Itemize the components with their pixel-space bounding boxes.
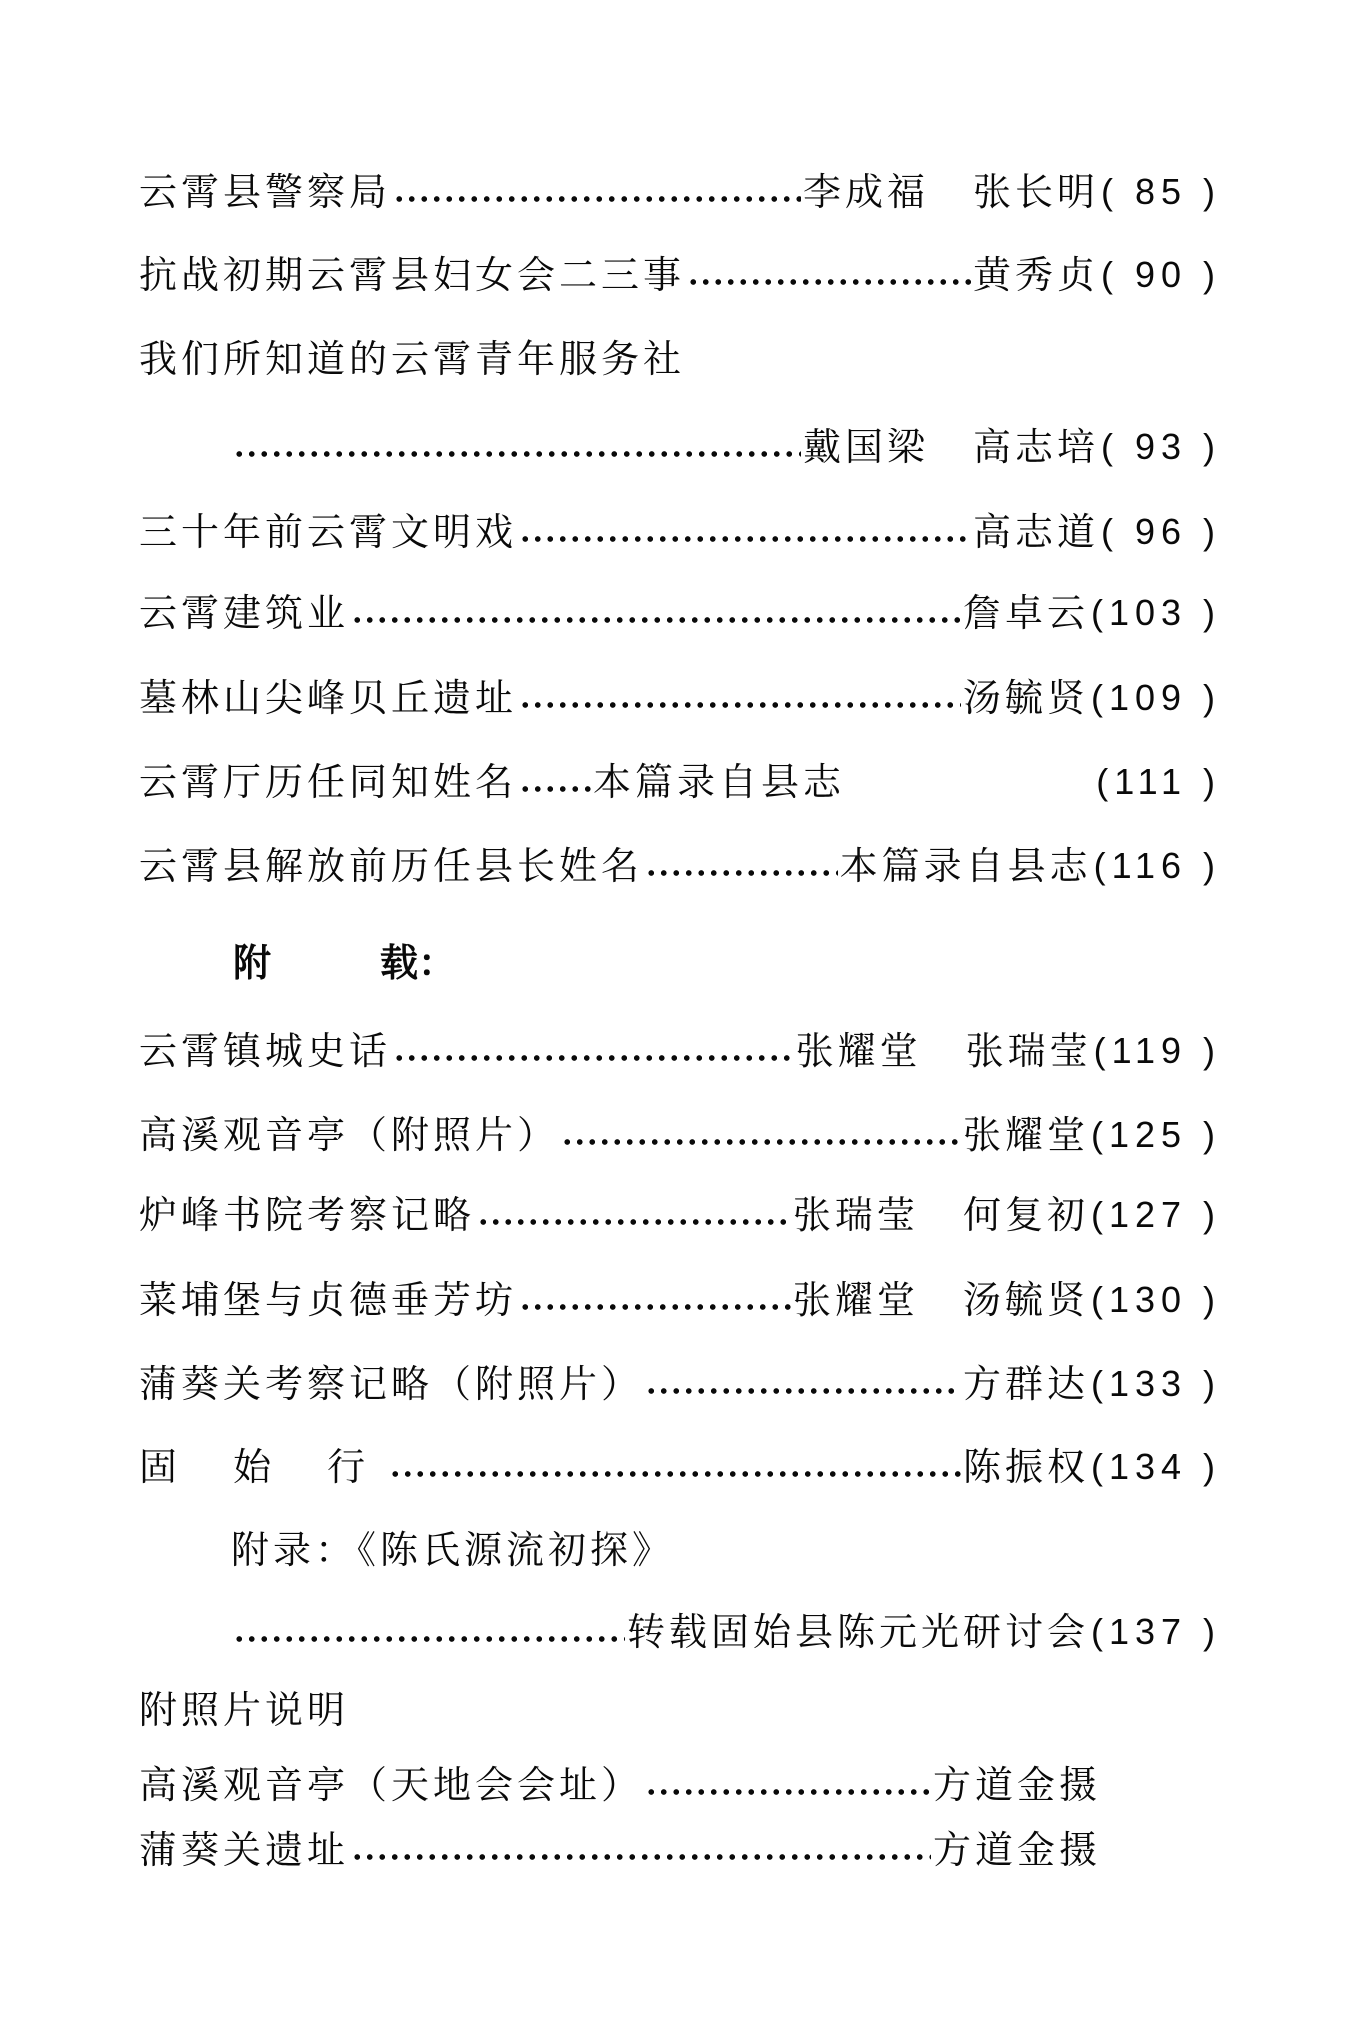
toc-page: 云霄县警察局 李成福 张长明 ( 85 ) 抗战初期云霄县妇女会二三事 黄秀贞 … — [0, 0, 1359, 2027]
toc-entry-title-line: 我们所知道的云霄青年服务社 — [139, 336, 1221, 382]
entry-page: ( 93 ) — [1101, 424, 1221, 470]
appendix-entry: 菜埔堡与贞德垂芳坊 张耀堂 汤毓贤 (130 ) — [139, 1277, 1221, 1323]
dot-leader — [233, 1609, 625, 1655]
dot-leader — [389, 1444, 961, 1490]
dot-leader — [351, 590, 961, 636]
photo-note: 蒲葵关遗址 方道金摄 — [139, 1827, 1101, 1873]
dot-leader — [561, 1112, 961, 1158]
entry-author: 汤毓贤 — [963, 675, 1089, 721]
entry-author-2: 张瑞莹 — [966, 1028, 1092, 1074]
entry-author: 张耀堂 — [963, 1112, 1089, 1158]
entry-author: 张耀堂 — [793, 1277, 919, 1323]
entry-author: 张耀堂 — [796, 1028, 922, 1074]
appendix-entry: 炉峰书院考察记略 张瑞莹 何复初 (127 ) — [139, 1192, 1221, 1238]
entry-page: (111 ) — [1096, 759, 1221, 805]
entry-author: 陈振权 — [963, 1444, 1089, 1490]
entry-page: ( 96 ) — [1101, 509, 1221, 555]
photo-title: 蒲葵关遗址 — [139, 1827, 349, 1873]
appendix-entry: 高溪观音亭（附照片） 张耀堂 (125 ) — [139, 1112, 1221, 1158]
entry-title: 三十年前云霄文明戏 — [139, 509, 517, 555]
toc-entry: 云霄建筑业 詹卓云 (103 ) — [139, 590, 1221, 636]
entry-title: 固 始 行 — [139, 1444, 387, 1490]
entry-title: 墓林山尖峰贝丘遗址 — [139, 675, 517, 721]
entry-title: 高溪观音亭（附照片） — [139, 1112, 559, 1158]
photo-credit: 方道金摄 — [933, 1762, 1101, 1808]
entry-page: (137 ) — [1091, 1609, 1221, 1655]
entry-author: 高志道 — [973, 509, 1099, 555]
entry-author: 李成福 — [803, 169, 929, 215]
entry-title: 云霄厅历任同知姓名 — [139, 759, 517, 805]
toc-entry: 抗战初期云霄县妇女会二三事 黄秀贞 ( 90 ) — [139, 252, 1221, 298]
toc-entry: 三十年前云霄文明戏 高志道 ( 96 ) — [139, 509, 1221, 555]
appendix-heading-char-2: 载： — [380, 940, 456, 986]
entry-title: 炉峰书院考察记略 — [139, 1192, 475, 1238]
appendix-entry: 固 始 行 陈振权 (134 ) — [139, 1444, 1221, 1490]
entry-title: 云霄县警察局 — [139, 169, 391, 215]
dot-leader — [645, 1762, 931, 1808]
appendix-entry-title-line: 附录：《陈氏源流初探》 — [231, 1527, 1221, 1573]
entry-author-2: 高志培 — [973, 424, 1099, 470]
entry-title: 云霄建筑业 — [139, 590, 349, 636]
dot-leader — [519, 1277, 791, 1323]
entry-author: 戴国梁 — [803, 424, 929, 470]
toc-entry: 云霄县警察局 李成福 张长明 ( 85 ) — [139, 169, 1221, 215]
entry-author: 转载固始县陈元光研讨会 — [627, 1609, 1089, 1655]
entry-page: (119 ) — [1094, 1028, 1221, 1074]
entry-title: 云霄镇城史话 — [139, 1028, 391, 1074]
toc-entry: 云霄厅历任同知姓名 本篇录自县志 (111 ) — [139, 759, 1221, 805]
entry-author-2: 何复初 — [963, 1192, 1089, 1238]
toc-entry: 墓林山尖峰贝丘遗址 汤毓贤 (109 ) — [139, 675, 1221, 721]
entry-author: 张瑞莹 — [793, 1192, 919, 1238]
toc-entry: 云霄县解放前历任县长姓名 本篇录自县志 (116 ) — [139, 843, 1221, 889]
dot-leader — [477, 1192, 791, 1238]
dot-leader — [645, 1361, 961, 1407]
photo-title: 高溪观音亭（天地会会址） — [139, 1762, 643, 1808]
entry-author: 本篇录自县志 — [593, 759, 845, 805]
dot-leader — [519, 675, 961, 721]
photo-credit: 方道金摄 — [933, 1827, 1101, 1873]
entry-title: 抗战初期云霄县妇女会二三事 — [139, 252, 685, 298]
entry-author: 黄秀贞 — [973, 252, 1099, 298]
dot-leader — [233, 424, 801, 470]
dot-leader — [645, 843, 838, 889]
entry-page: (134 ) — [1091, 1444, 1221, 1490]
entry-page: (130 ) — [1091, 1277, 1221, 1323]
entry-title: 云霄县解放前历任县长姓名 — [139, 843, 643, 889]
entry-title: 菜埔堡与贞德垂芳坊 — [139, 1277, 517, 1323]
entry-page: ( 90 ) — [1101, 252, 1221, 298]
entry-author: 詹卓云 — [963, 590, 1089, 636]
entry-author-2: 汤毓贤 — [963, 1277, 1089, 1323]
dot-leader — [393, 1028, 794, 1074]
entry-author: 本篇录自县志 — [840, 843, 1092, 889]
toc-entry-continuation: 戴国梁 高志培 ( 93 ) — [231, 424, 1221, 470]
photo-notes-heading: 附照片说明 — [139, 1687, 349, 1733]
appendix-heading-char-1: 附 — [233, 940, 271, 986]
appendix-entry-continuation: 转载固始县陈元光研讨会 (137 ) — [231, 1609, 1221, 1655]
dot-leader — [351, 1827, 931, 1873]
entry-page: (125 ) — [1091, 1112, 1221, 1158]
entry-page: (116 ) — [1094, 843, 1221, 889]
entry-title: 蒲葵关考察记略（附照片） — [139, 1361, 643, 1407]
entry-page: (103 ) — [1091, 590, 1221, 636]
photo-note: 高溪观音亭（天地会会址） 方道金摄 — [139, 1762, 1101, 1808]
dot-leader — [519, 759, 591, 805]
appendix-entry: 蒲葵关考察记略（附照片） 方群达 (133 ) — [139, 1361, 1221, 1407]
entry-title: 附录：《陈氏源流初探》 — [231, 1527, 674, 1573]
entry-title: 我们所知道的云霄青年服务社 — [139, 336, 685, 382]
entry-author: 方群达 — [963, 1361, 1089, 1407]
entry-page: (133 ) — [1091, 1361, 1221, 1407]
entry-author-2: 张长明 — [973, 169, 1099, 215]
appendix-entry: 云霄镇城史话 张耀堂 张瑞莹 (119 ) — [139, 1028, 1221, 1074]
entry-page: (109 ) — [1091, 675, 1221, 721]
dot-leader — [687, 252, 971, 298]
entry-page: (127 ) — [1091, 1192, 1221, 1238]
dot-leader — [519, 509, 971, 555]
entry-page: ( 85 ) — [1101, 169, 1221, 215]
dot-leader — [393, 169, 801, 215]
